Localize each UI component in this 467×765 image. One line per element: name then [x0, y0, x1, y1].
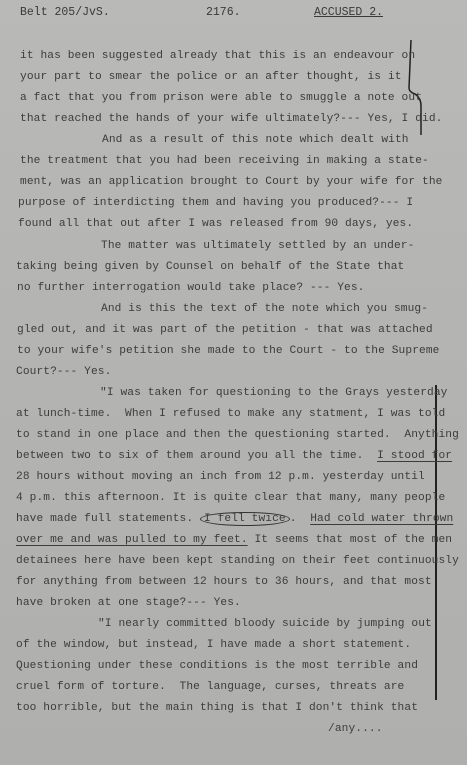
text-line: at lunch-time. When I refused to make an… — [16, 408, 445, 420]
section-label: ACCUSED 2. — [314, 6, 383, 19]
text-segment: have made full statements. — [16, 513, 200, 525]
underlined-text: over me and was pulled to my feet. — [16, 534, 248, 546]
text-line: gled out, and it was part of the petitio… — [17, 324, 433, 336]
text-line: detainees here have been kept standing o… — [16, 555, 459, 567]
text-line: a fact that you from prison were able to… — [20, 92, 422, 104]
page-header: Belt 205/JvS. 2176. ACCUSED 2. — [0, 6, 467, 22]
text-line: to stand in one place and then the quest… — [16, 429, 459, 441]
text-line: for anything from between 12 hours to 36… — [16, 576, 432, 588]
text-line: it has been suggested already that this … — [20, 50, 415, 62]
text-line: And is this the text of the note which y… — [101, 303, 428, 315]
text-line: 4 p.m. this afternoon. It is quite clear… — [16, 492, 445, 504]
text-line: over me and was pulled to my feet. It se… — [16, 534, 452, 546]
text-line: Court?--- Yes. — [16, 366, 111, 378]
text-segment: It seems that most of the men — [248, 534, 452, 546]
text-segment: . — [290, 513, 310, 525]
text-line: "I nearly committed bloody suicide by ju… — [98, 618, 432, 630]
text-line: taking being given by Counsel on behalf … — [16, 261, 404, 273]
document-reference: Belt 205/JvS. — [20, 6, 110, 19]
continuation-marker: /any.... — [328, 723, 383, 735]
text-line: of the window, but instead, I have made … — [16, 639, 411, 651]
text-line: ment, was an application brought to Cour… — [20, 176, 442, 188]
text-line: cruel form of torture. The language, cur… — [16, 681, 404, 693]
circled-text: I fell twice — [200, 512, 290, 526]
text-line: found all that out after I was released … — [18, 218, 413, 230]
text-line: no further interrogation would take plac… — [17, 282, 365, 294]
underlined-text: I stood for — [377, 450, 452, 462]
page-number: 2176. — [206, 6, 241, 19]
text-line: "I was taken for questioning to the Gray… — [100, 387, 448, 399]
text-line: between two to six of them around you al… — [16, 450, 452, 462]
text-line: the treatment that you had been receivin… — [20, 155, 429, 167]
text-line: too horrible, but the main thing is that… — [16, 702, 418, 714]
text-line: that reached the hands of your wife ulti… — [20, 113, 442, 125]
text-line: 28 hours without moving an inch from 12 … — [16, 471, 425, 483]
text-line: The matter was ultimately settled by an … — [101, 240, 414, 252]
text-line: Questioning under these conditions is th… — [16, 660, 418, 672]
text-line: your part to smear the police or an afte… — [20, 71, 402, 83]
text-line: purpose of interdicting them and having … — [18, 197, 413, 209]
text-line: have made full statements. I fell twice.… — [16, 513, 453, 525]
text-segment: between two to six of them around you al… — [16, 450, 377, 462]
text-line: to your wife's petition she made to the … — [17, 345, 439, 357]
text-line: have broken at one stage?--- Yes. — [16, 597, 241, 609]
underlined-text: Had cold water thrown — [310, 513, 453, 525]
typed-document-page: Belt 205/JvS. 2176. ACCUSED 2. it has be… — [0, 0, 467, 765]
text-line: And as a result of this note which dealt… — [102, 134, 409, 146]
